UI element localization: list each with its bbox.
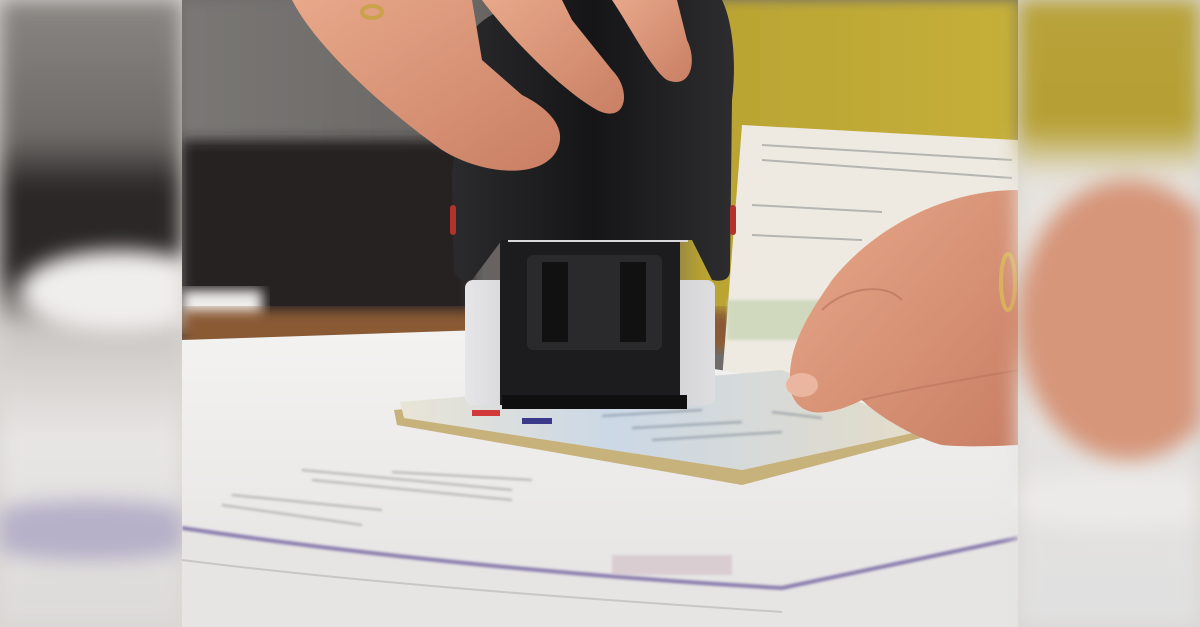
photo [182, 0, 1018, 627]
blurred-right-edge [1018, 0, 1200, 627]
blurred-left-edge [0, 0, 182, 627]
photo-illustration [182, 0, 1018, 627]
